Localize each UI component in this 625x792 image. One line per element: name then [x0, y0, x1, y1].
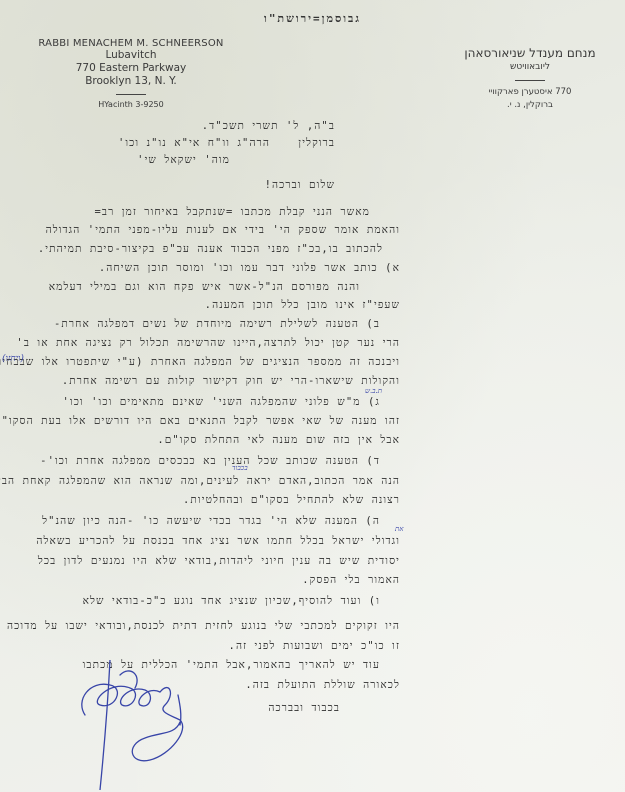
- body-line-20: האמור בלי הפסק.: [302, 574, 400, 586]
- body-line-13: אבל אין בזה שום מענה לאי התחלת סקו"ם.: [157, 434, 400, 446]
- letterhead-english: RABBI MENACHEM M. SCHNEERSON Lubavitch 7…: [26, 38, 236, 109]
- letterhead-addr1-he: 770 איסטערן פארקוויי: [455, 86, 605, 99]
- body-line-17: ה) המענה שלא הי' בגדר בכדי שיעשה כו' -הנ…: [42, 515, 380, 527]
- letterhead-phone: HYacinth 3-9250: [26, 100, 236, 109]
- body-line-5: והנה מפורסם הנ"ל-אשר איש פקח הוא וגם במי…: [49, 281, 360, 293]
- letterhead-name-he: מנחם מענדל שניאורסאהן: [455, 46, 605, 60]
- body-line-4: א) כותב אשר פלוני דבר עמו וכו' ומוסר תוכ…: [99, 262, 400, 274]
- body-line-14: ד) הטענה שכותב שכל הענין בא כבכסים ממפלג…: [40, 455, 380, 467]
- letterhead-line1-en: Lubavitch: [26, 49, 236, 62]
- body-line-3: להכתוב בו,בכ"ז מפני הכבוד אענה עכ"פ בקיצ…: [38, 243, 383, 255]
- letter-closing: בכבוד ובברכה: [268, 702, 340, 714]
- body-line-1: מאשר הנני קבלת מכתבו =שנתקבל באיחור זמן …: [95, 206, 371, 218]
- body-line-16: רצונה שלא להתחיל בסקו"ם ובהחלטיות.: [183, 494, 400, 506]
- letter-greeting: שלום וברכה!: [265, 179, 335, 191]
- body-line-18: וגדולי ישראל בכלל חתמו אשר נציג אחד בכנס…: [36, 535, 400, 547]
- body-line-9: ויבנכה זה ממספר הנציגים של המפלגה האחרת …: [0, 356, 400, 368]
- letterhead-divider-en: [116, 94, 146, 95]
- body-line-6: שעפי"ז אינו מובן כלל תוכן המענה.: [205, 299, 400, 311]
- body-line-11: ג) מ"ש פלוני שהמפלגה השני' שאינם מתאימים…: [62, 396, 380, 408]
- letter-date: ב"ה, ל' תשרי תשכ"ד.: [202, 120, 335, 132]
- letterhead-name-en: RABBI MENACHEM M. SCHNEERSON: [26, 38, 236, 49]
- interlinear-note-gimel: ת.ב.ש: [365, 387, 382, 395]
- body-line-22: היו זקוקים למכתבי שלי בנוגע לחזית דתית ל…: [7, 620, 400, 632]
- margin-note-handwritten: (ויחזו): [2, 353, 24, 364]
- body-line-8: הרי נער קטן יכול לתרצה,היינו שהרשימה תכל…: [16, 337, 400, 349]
- body-line-25: לכאורה שוללת התועלת בזה.: [245, 679, 400, 691]
- signature-icon: [70, 660, 210, 790]
- body-line-23: זו כו"כ ימים ושבועות לפני זה.: [229, 640, 400, 652]
- body-line-19: יסודית שיש בה ענין חיוני ליהדות,בודאי של…: [38, 555, 400, 567]
- letterhead-sub-he: ליובאוויטש: [455, 62, 605, 72]
- letterhead-divider-he: [515, 80, 545, 81]
- body-line-10: והקולות שישארו-הרי יש חוק דקישור קולות ע…: [62, 375, 400, 387]
- recipient-line1-text: הרה"ג וו"ח אי"א נו"נ וכו': [118, 137, 270, 149]
- letterhead-addr2-he: ברוקלין, נ. י.: [455, 99, 605, 112]
- letterhead-line3-en: Brooklyn 13, N. Y.: [26, 75, 236, 88]
- body-line-7: ב) הטענה לשלילת רשימה מיוחדת של נשים דמפ…: [54, 318, 380, 330]
- interlinear-note-dalet: בכבוד: [232, 464, 248, 472]
- body-line-2: והאמת אומר שספק הי' בידי אם לענות עליו-מ…: [46, 224, 400, 236]
- file-reference-note: גבוסמן=ירושת"ו: [0, 12, 625, 25]
- letterhead-line2-en: 770 Eastern Parkway: [26, 62, 236, 75]
- body-line-15: הנה אמר הכתוב,האדם יראה לעינים,ומה שנראה…: [0, 475, 400, 487]
- letter-place: ברוקלין: [298, 137, 335, 149]
- letterhead-hebrew: מנחם מענדל שניאורסאהן ליובאוויטש 770 איס…: [455, 46, 605, 112]
- letter-recipient-line2: מוה' ישקאל שי': [137, 154, 230, 166]
- interlinear-note-heh: את: [395, 525, 403, 533]
- body-line-21: ו) ועוד להוסיף,שכיון שנציג אחד נוגע כ"כ-…: [83, 595, 380, 607]
- body-line-12: זהו מענה של שאי אפשר לקבל התנאים באם היו…: [0, 415, 400, 427]
- letter-recipient-line1: הרה"ג וו"ח אי"א נו"נ וכו': [133, 137, 285, 149]
- letter-page: גבוסמן=ירושת"ו RABBI MENACHEM M. SCHNEER…: [0, 0, 625, 792]
